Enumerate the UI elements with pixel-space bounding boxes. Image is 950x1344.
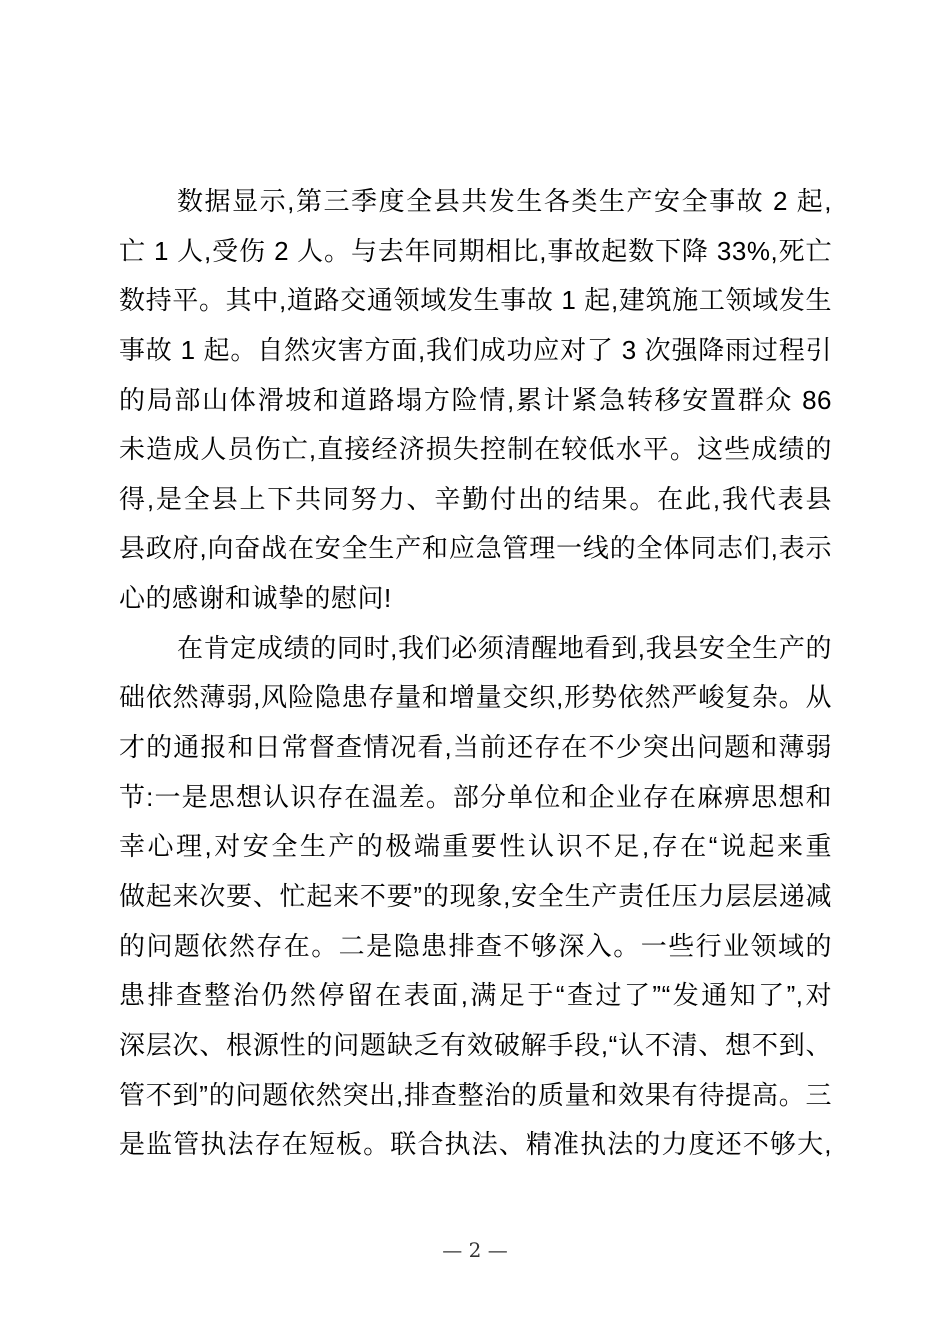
document-page: 数据显示,第三季度全县共发生各类生产安全事故 2 起,死 亡 1 人,受伤 2 … <box>0 0 950 1344</box>
text-line: 管不到”的问题依然突出,排查整治的质量和效果有待提高。三 <box>119 1071 832 1121</box>
text-line: 未造成人员伤亡,直接经济损失控制在较低水平。这些成绩的取 <box>119 425 832 475</box>
text-line: 才的通报和日常督查情况看,当前还存在不少突出问题和薄弱环 <box>119 723 832 773</box>
page-footer: — 2 — <box>0 1238 950 1268</box>
text-line: 础依然薄弱,风险隐患存量和增量交织,形势依然严峻复杂。从刚 <box>119 673 832 723</box>
text-line: 患排查整治仍然停留在表面,满足于“查过了”“发通知了”,对 <box>119 971 832 1021</box>
text-line: 幸心理,对安全生产的极端重要性认识不足,存在“说起来重要、 <box>119 822 832 872</box>
text-line: 事故 1 起。自然灾害方面,我们成功应对了 3 次强降雨过程引发 <box>119 326 832 376</box>
text-line: 亡 1 人,受伤 2 人。与去年同期相比,事故起数下降 33%,死亡人 <box>119 227 832 277</box>
text-line: 心的感谢和诚挚的慰问! <box>119 574 832 624</box>
text-line: 在肯定成绩的同时,我们必须清醒地看到,我县安全生产的基 <box>119 624 832 674</box>
text-line: 的局部山体滑坡和道路塌方险情,累计紧急转移安置群众 86 人, <box>119 376 832 426</box>
text-line: 得,是全县上下共同努力、辛勤付出的结果。在此,我代表县委、 <box>119 475 832 525</box>
text-line: 节:一是思想认识存在温差。部分单位和企业存在麻痹思想和侥 <box>119 773 832 823</box>
text-line: 县政府,向奋战在安全生产和应急管理一线的全体同志们,表示衷 <box>119 524 832 574</box>
text-line: 做起来次要、忙起来不要”的现象,安全生产责任压力层层递减 <box>119 872 832 922</box>
text-line: 数据显示,第三季度全县共发生各类生产安全事故 2 起,死 <box>119 177 832 227</box>
text-line: 是监管执法存在短板。联合执法、精准执法的力度还不够大,对 <box>119 1120 832 1170</box>
text-line: 数持平。其中,道路交通领域发生事故 1 起,建筑施工领域发生 <box>119 276 832 326</box>
body-text-block: 数据显示,第三季度全县共发生各类生产安全事故 2 起,死 亡 1 人,受伤 2 … <box>119 177 832 1170</box>
text-line: 的问题依然存在。二是隐患排查不够深入。一些行业领域的隐 <box>119 922 832 972</box>
text-line: 深层次、根源性的问题缺乏有效破解手段,“认不清、想不到、 <box>119 1021 832 1071</box>
page-number: — 2 — <box>442 1238 507 1262</box>
